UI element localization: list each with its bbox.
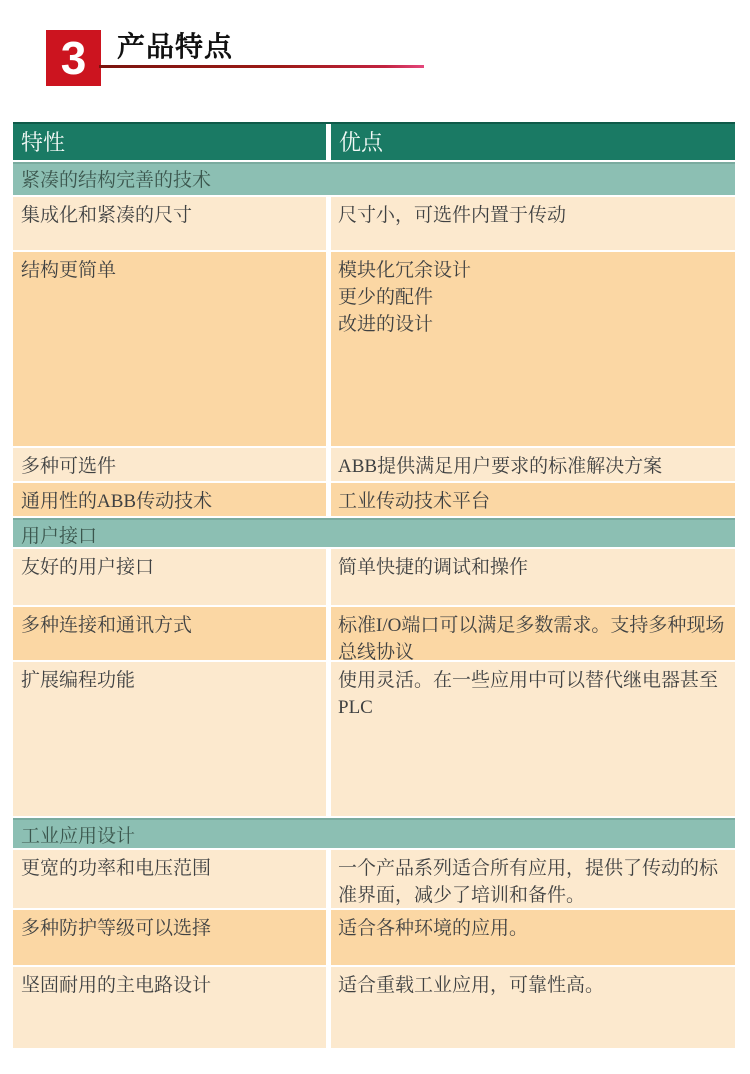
benefit-cell: 简单快捷的调试和操作 bbox=[331, 549, 735, 605]
benefit-line: 更少的配件 bbox=[338, 284, 727, 311]
benefit-cell: 适合重载工业应用，可靠性高。 bbox=[331, 967, 735, 1048]
benefit-cell: 一个产品系列适合所有应用，提供了传动的标准界面，减少了培训和备件。 bbox=[331, 850, 735, 908]
benefit-line: 模块化冗余设计 bbox=[338, 257, 727, 284]
feature-row: 多种连接和通讯方式标准I/O端口可以满足多数需求。支持多种现场总线协议 bbox=[13, 607, 735, 660]
feature-cell: 多种可选件 bbox=[13, 448, 326, 481]
benefit-line: 工业传动技术平台 bbox=[338, 488, 727, 515]
feature-cell: 友好的用户接口 bbox=[13, 549, 326, 605]
benefit-cell: 模块化冗余设计更少的配件改进的设计 bbox=[331, 252, 735, 446]
benefit-cell: ABB提供满足用户要求的标准解决方案 bbox=[331, 448, 735, 481]
page-title: 产品特点 bbox=[117, 31, 233, 63]
feature-table: 特性 优点 紧凑的结构完善的技术集成化和紧凑的尺寸尺寸小，可选件内置于传动结构更… bbox=[13, 122, 735, 1050]
section-label: 用户接口 bbox=[13, 520, 105, 547]
feature-cell: 坚固耐用的主电路设计 bbox=[13, 967, 326, 1048]
section-header-row: 工业应用设计 bbox=[13, 818, 735, 848]
feature-cell: 通用性的ABB传动技术 bbox=[13, 483, 326, 516]
column-header-benefit: 优点 bbox=[331, 124, 735, 160]
feature-row: 结构更简单模块化冗余设计更少的配件改进的设计 bbox=[13, 252, 735, 446]
section-label: 工业应用设计 bbox=[13, 820, 143, 848]
benefit-cell: 使用灵活。在一些应用中可以替代继电器甚至PLC bbox=[331, 662, 735, 816]
feature-row: 通用性的ABB传动技术工业传动技术平台 bbox=[13, 483, 735, 516]
feature-row: 更宽的功率和电压范围一个产品系列适合所有应用，提供了传动的标准界面，减少了培训和… bbox=[13, 850, 735, 908]
feature-row: 多种可选件ABB提供满足用户要求的标准解决方案 bbox=[13, 448, 735, 481]
table-header-row: 特性 优点 bbox=[13, 122, 735, 160]
feature-row: 扩展编程功能使用灵活。在一些应用中可以替代继电器甚至PLC bbox=[13, 662, 735, 816]
benefit-cell: 工业传动技术平台 bbox=[331, 483, 735, 516]
benefit-line: 适合重载工业应用，可靠性高。 bbox=[338, 972, 727, 999]
page: 3 产品特点 特性 优点 紧凑的结构完善的技术集成化和紧凑的尺寸尺寸小，可选件内… bbox=[0, 0, 750, 1074]
feature-row: 集成化和紧凑的尺寸尺寸小，可选件内置于传动 bbox=[13, 197, 735, 250]
benefit-line: 一个产品系列适合所有应用，提供了传动的标准界面，减少了培训和备件。 bbox=[338, 855, 727, 908]
section-header-row: 紧凑的结构完善的技术 bbox=[13, 162, 735, 195]
feature-cell: 扩展编程功能 bbox=[13, 662, 326, 816]
section-label: 紧凑的结构完善的技术 bbox=[13, 164, 219, 195]
benefit-line: 适合各种环境的应用。 bbox=[338, 915, 727, 942]
benefit-line: 改进的设计 bbox=[338, 311, 727, 338]
benefit-cell: 适合各种环境的应用。 bbox=[331, 910, 735, 965]
benefit-line: 尺寸小，可选件内置于传动 bbox=[338, 202, 727, 229]
feature-cell: 结构更简单 bbox=[13, 252, 326, 446]
feature-cell: 多种连接和通讯方式 bbox=[13, 607, 326, 660]
benefit-cell: 尺寸小，可选件内置于传动 bbox=[331, 197, 735, 250]
column-header-feature: 特性 bbox=[13, 124, 326, 160]
benefit-line: 使用灵活。在一些应用中可以替代继电器甚至PLC bbox=[338, 667, 727, 721]
feature-row: 多种防护等级可以选择适合各种环境的应用。 bbox=[13, 910, 735, 965]
title-underline bbox=[99, 65, 424, 68]
section-number-badge: 3 bbox=[46, 30, 101, 86]
table-body: 紧凑的结构完善的技术集成化和紧凑的尺寸尺寸小，可选件内置于传动结构更简单模块化冗… bbox=[13, 162, 735, 1048]
feature-cell: 更宽的功率和电压范围 bbox=[13, 850, 326, 908]
benefit-cell: 标准I/O端口可以满足多数需求。支持多种现场总线协议 bbox=[331, 607, 735, 660]
benefit-line: 标准I/O端口可以满足多数需求。支持多种现场总线协议 bbox=[338, 612, 727, 660]
feature-cell: 集成化和紧凑的尺寸 bbox=[13, 197, 326, 250]
feature-cell: 多种防护等级可以选择 bbox=[13, 910, 326, 965]
feature-row: 坚固耐用的主电路设计适合重载工业应用，可靠性高。 bbox=[13, 967, 735, 1048]
benefit-line: ABB提供满足用户要求的标准解决方案 bbox=[338, 453, 727, 480]
benefit-line: 简单快捷的调试和操作 bbox=[338, 554, 727, 581]
section-header-row: 用户接口 bbox=[13, 518, 735, 547]
feature-row: 友好的用户接口简单快捷的调试和操作 bbox=[13, 549, 735, 605]
